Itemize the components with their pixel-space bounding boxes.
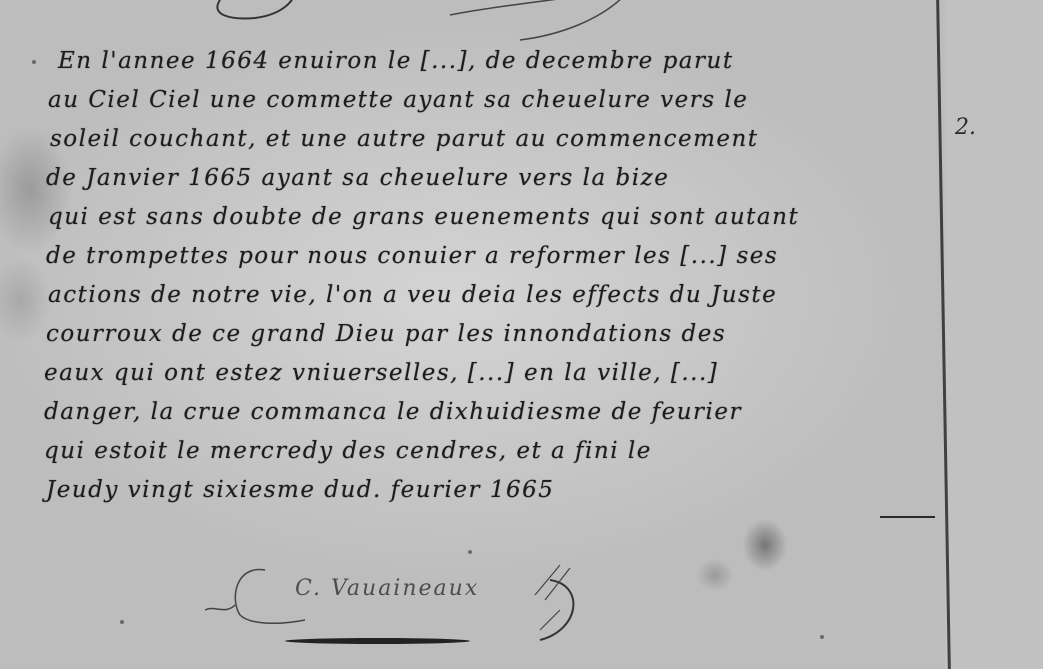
text-line-2: au Ciel Ciel une commette ayant sa cheue… xyxy=(48,87,1038,126)
line-text: soleil couchant, et une autre parut au c… xyxy=(50,126,759,152)
line-text: En l'annee 1664 enuiron le [...], de dec… xyxy=(58,48,734,74)
ink-spot xyxy=(120,620,124,624)
text-line-12: Jeudy vingt sixiesme dud. feurier 1665 xyxy=(46,477,1036,516)
signature-flourish-icon xyxy=(195,560,595,660)
line-text: de trompettes pour nous conuier a reform… xyxy=(46,243,778,269)
text-line-1: En l'annee 1664 enuiron le [...], de dec… xyxy=(58,48,1043,87)
line-text: eaux qui ont estez vniuerselles, [...] e… xyxy=(44,360,718,386)
text-line-6: de trompettes pour nous conuier a reform… xyxy=(46,243,1036,282)
line-text: de Janvier 1665 ayant sa cheuelure vers … xyxy=(46,165,669,191)
top-flourish-decoration xyxy=(200,0,630,50)
signature: C. Vauaineaux xyxy=(195,560,595,660)
line-text: Jeudy vingt sixiesme dud. feurier 1665 xyxy=(46,477,554,503)
text-line-8: courroux de ce grand Dieu par les innond… xyxy=(46,321,1036,360)
ink-spot xyxy=(32,60,36,64)
text-line-9: eaux qui ont estez vniuerselles, [...] e… xyxy=(44,360,1034,399)
manuscript-page: 2. En l'annee 1664 enuiron le [...], de … xyxy=(0,0,1043,669)
line-text: qui estoit le mercredy des cendres, et a… xyxy=(44,438,652,464)
text-line-11: qui estoit le mercredy des cendres, et a… xyxy=(44,438,1034,477)
line-text: courroux de ce grand Dieu par les innond… xyxy=(46,321,726,347)
text-line-5: qui est sans doubte de grans euenements … xyxy=(48,204,1038,243)
signature-text: C. Vauaineaux xyxy=(295,576,479,601)
signature-underline xyxy=(285,638,470,644)
line-text: danger, la crue commanca le dixhuidiesme… xyxy=(44,399,742,425)
text-line-10: danger, la crue commanca le dixhuidiesme… xyxy=(44,399,1034,438)
manuscript-text: En l'annee 1664 enuiron le [...], de dec… xyxy=(40,48,1030,516)
text-line-4: de Janvier 1665 ayant sa cheuelure vers … xyxy=(46,165,1036,204)
text-line-7: actions de notre vie, l'on a veu deia le… xyxy=(48,282,1038,321)
line-text: qui est sans doubte de grans euenements … xyxy=(48,204,799,230)
ink-spot xyxy=(468,550,472,554)
ink-spot xyxy=(820,635,824,639)
end-line-dash xyxy=(880,516,935,518)
line-text: au Ciel Ciel une commette ayant sa cheue… xyxy=(48,87,748,113)
text-line-3: soleil couchant, et une autre parut au c… xyxy=(50,126,1040,165)
line-text: actions de notre vie, l'on a veu deia le… xyxy=(48,282,777,308)
